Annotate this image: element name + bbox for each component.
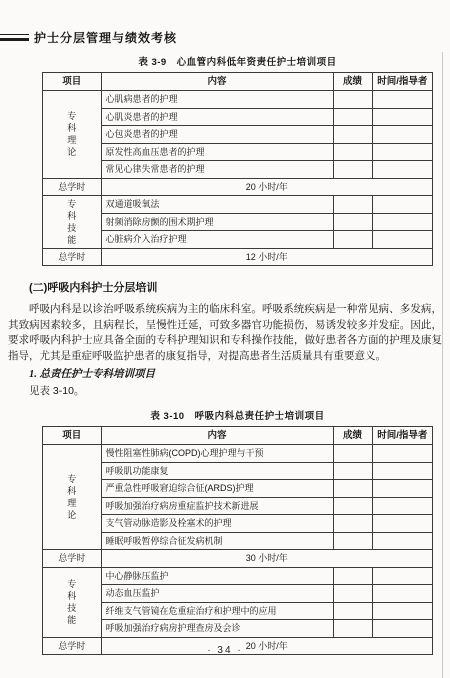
table-row: 支气管动脉造影及栓塞术的护理 (43, 515, 433, 533)
score-cell (333, 196, 372, 214)
score-cell (333, 108, 372, 126)
content-cell: 呼吸肌功能康复 (101, 462, 333, 480)
table-row: 心肌炎患者的护理 (43, 108, 433, 126)
time-instructor-cell (372, 567, 432, 585)
content-cell: 原发性高血压患者的护理 (101, 143, 333, 161)
score-cell (333, 445, 372, 463)
section-paragraph: 呼吸内科是以诊治呼吸系统疾病为主的临床科室。呼吸系统疾病是一种常见病、多发病，其… (8, 302, 442, 364)
table-row: 心脏病介入治疗护理 (43, 231, 433, 249)
content-cell: 纤维支气管镜在危重症治疗和护理中的应用 (101, 602, 333, 620)
category-cell: 专科理论 (43, 91, 102, 179)
category-cell: 专科理论 (43, 445, 102, 550)
content-cell: 常见心律失常患者的护理 (101, 161, 333, 179)
table1-caption: 表 3-9 心血管内科低年资责任护士培训项目 (42, 54, 433, 68)
time-instructor-cell (372, 585, 432, 603)
score-cell (333, 497, 372, 515)
table-row: 专科技能中心静脉压监护 (43, 567, 433, 585)
content-cell: 严重急性呼吸窘迫综合征(ARDS)护理 (101, 480, 333, 498)
page-scan-edge-line (442, 52, 443, 678)
time-instructor-cell (372, 196, 432, 214)
score-cell (333, 620, 372, 638)
score-cell (333, 602, 372, 620)
time-instructor-cell (372, 620, 432, 638)
category-cell: 专科技能 (43, 196, 102, 249)
time-instructor-cell (372, 126, 432, 144)
total-value-cell: 20 小时/年 (101, 178, 433, 196)
time-instructor-cell (372, 515, 432, 533)
total-label-cell: 总学时 (43, 550, 102, 568)
running-header: 护士分层管理与绩效考核 (0, 29, 177, 46)
content-cell: 射频消除房颤的围术期护理 (101, 213, 333, 231)
column-header: 内容 (101, 427, 333, 445)
table-row: 常见心律失常患者的护理 (43, 161, 433, 179)
table2: 项目内容成绩时间/指导者专科理论慢性阻塞性肺病(COPD)心理护理与干预呼吸肌功… (42, 426, 433, 655)
content-cell: 双通道吸氧法 (101, 196, 333, 214)
page-content: 表 3-9 心血管内科低年资责任护士培训项目 项目内容成绩时间/指导者专科理论心… (8, 50, 442, 655)
table-row: 专科理论慢性阻塞性肺病(COPD)心理护理与干预 (43, 445, 433, 463)
header-row: 项目内容成绩时间/指导者 (43, 73, 433, 91)
time-instructor-cell (372, 462, 432, 480)
content-cell: 支气管动脉造影及栓塞术的护理 (101, 515, 333, 533)
total-value-cell: 12 小时/年 (101, 248, 433, 266)
total-row: 总学时20 小时/年 (43, 178, 433, 196)
time-instructor-cell (372, 231, 432, 249)
table1: 项目内容成绩时间/指导者专科理论心肌病患者的护理心肌炎患者的护理心包炎患者的护理… (42, 72, 433, 266)
content-cell: 呼吸加强治疗病房重症监护技术新进展 (101, 497, 333, 515)
content-cell: 心肌炎患者的护理 (101, 108, 333, 126)
header-row: 项目内容成绩时间/指导者 (43, 427, 433, 445)
time-instructor-cell (372, 108, 432, 126)
time-instructor-cell (372, 445, 432, 463)
table-row: 射频消除房颤的围术期护理 (43, 213, 433, 231)
score-cell (333, 515, 372, 533)
content-cell: 动态血压监护 (101, 585, 333, 603)
column-header: 成绩 (333, 73, 372, 91)
table-row: 原发性高血压患者的护理 (43, 143, 433, 161)
content-cell: 呼吸加强治疗病房护理查房及会诊 (101, 620, 333, 638)
table-row: 睡眠呼吸暂停综合征发病机制 (43, 532, 433, 550)
score-cell (333, 462, 372, 480)
time-instructor-cell (372, 602, 432, 620)
content-cell: 心肌病患者的护理 (101, 91, 333, 109)
content-cell: 慢性阻塞性肺病(COPD)心理护理与干预 (101, 445, 333, 463)
numbered-list-item: 1. 总责任护士专科培训项目 (8, 367, 442, 383)
time-instructor-cell (372, 143, 432, 161)
content-cell: 中心静脉压监护 (101, 567, 333, 585)
table-row: 纤维支气管镜在危重症治疗和护理中的应用 (43, 602, 433, 620)
table2-caption: 表 3-10 呼吸内科总责任护士培训项目 (42, 408, 433, 422)
running-header-title: 护士分层管理与绩效考核 (34, 29, 177, 46)
score-cell (333, 567, 372, 585)
category-cell: 专科技能 (43, 567, 102, 637)
total-label-cell: 总学时 (43, 178, 102, 196)
table-row: 心包炎患者的护理 (43, 126, 433, 144)
time-instructor-cell (372, 532, 432, 550)
see-table-reference: 见表 3-10。 (8, 383, 442, 399)
total-row: 总学时30 小时/年 (43, 550, 433, 568)
score-cell (333, 585, 372, 603)
training-table: 项目内容成绩时间/指导者专科理论慢性阻塞性肺病(COPD)心理护理与干预呼吸肌功… (42, 426, 433, 655)
score-cell (333, 231, 372, 249)
header-double-rule-icon (0, 34, 29, 41)
total-row: 总学时12 小时/年 (43, 248, 433, 266)
content-cell: 心包炎患者的护理 (101, 126, 333, 144)
score-cell (333, 91, 372, 109)
score-cell (333, 143, 372, 161)
section-heading: (二)呼吸内科护士分层培训 (8, 279, 442, 295)
score-cell (333, 213, 372, 231)
time-instructor-cell (372, 161, 432, 179)
page-number: · 34 · (0, 645, 450, 656)
content-cell: 心脏病介入治疗护理 (101, 231, 333, 249)
column-header: 时间/指导者 (372, 427, 432, 445)
column-header: 项目 (43, 427, 102, 445)
table-row: 呼吸加强治疗病房重症监护技术新进展 (43, 497, 433, 515)
column-header: 成绩 (333, 427, 372, 445)
score-cell (333, 480, 372, 498)
training-table: 项目内容成绩时间/指导者专科理论心肌病患者的护理心肌炎患者的护理心包炎患者的护理… (42, 72, 433, 266)
table-row: 严重急性呼吸窘迫综合征(ARDS)护理 (43, 480, 433, 498)
time-instructor-cell (372, 497, 432, 515)
table-row: 专科理论心肌病患者的护理 (43, 91, 433, 109)
table-row: 动态血压监护 (43, 585, 433, 603)
content-cell: 睡眠呼吸暂停综合征发病机制 (101, 532, 333, 550)
score-cell (333, 532, 372, 550)
column-header: 时间/指导者 (372, 73, 432, 91)
time-instructor-cell (372, 480, 432, 498)
score-cell (333, 161, 372, 179)
time-instructor-cell (372, 91, 432, 109)
total-value-cell: 30 小时/年 (101, 550, 433, 568)
column-header: 项目 (43, 73, 102, 91)
table-row: 呼吸肌功能康复 (43, 462, 433, 480)
table-row: 专科技能双通道吸氧法 (43, 196, 433, 214)
time-instructor-cell (372, 213, 432, 231)
total-label-cell: 总学时 (43, 248, 102, 266)
table-row: 呼吸加强治疗病房护理查房及会诊 (43, 620, 433, 638)
score-cell (333, 126, 372, 144)
column-header: 内容 (101, 73, 333, 91)
